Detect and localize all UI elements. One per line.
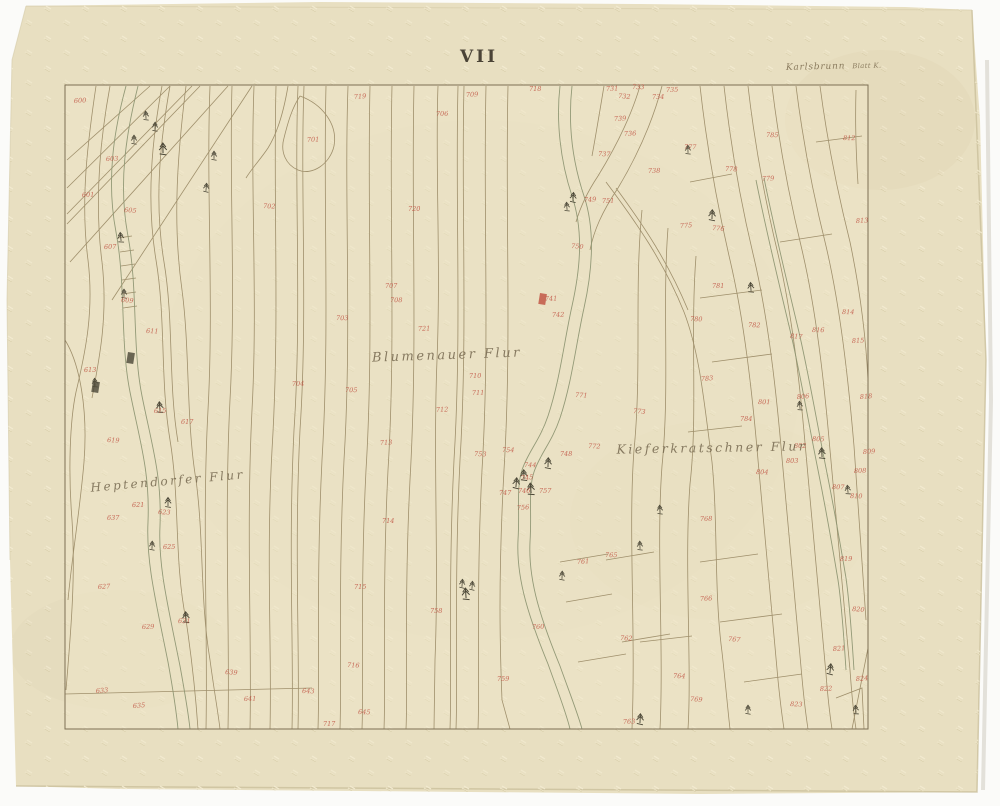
parcel-number: 782 <box>748 321 761 329</box>
parcel-number: 637 <box>107 514 120 522</box>
parcel-number: 733 <box>632 83 645 91</box>
parcel-number: 778 <box>725 165 738 173</box>
parcel-number: 715 <box>354 583 366 591</box>
parcel-number: 607 <box>104 243 117 251</box>
parcel-number: 705 <box>345 386 358 394</box>
parcel-number: 631 <box>178 617 191 625</box>
parcel-number: 820 <box>852 605 865 614</box>
parcel-number: 613 <box>84 366 97 374</box>
parcel-number: 701 <box>307 135 320 144</box>
parcel-number: 768 <box>700 515 713 523</box>
parcel-number: 746 <box>518 487 530 495</box>
parcel-number: 754 <box>502 446 515 454</box>
parcel-number: 745 <box>521 473 534 482</box>
parcel-number: 783 <box>701 374 714 383</box>
parcel-number: 764 <box>673 672 686 680</box>
parcel-number: 823 <box>790 700 803 709</box>
parcel-number: 812 <box>843 134 856 142</box>
parcel-number: 643 <box>302 687 315 695</box>
parcel-number: 753 <box>474 450 487 458</box>
parcel-number: 821 <box>833 644 846 653</box>
parcel-number: 735 <box>666 86 679 94</box>
parcel-number: 714 <box>382 517 394 525</box>
scanned-map-page: 6006016036056076096116136156176196216236… <box>0 0 1000 806</box>
parcel-number: 813 <box>856 216 869 225</box>
parcel-number: 761 <box>577 557 590 566</box>
parcel-number: 712 <box>436 405 449 414</box>
parcel-number: 751 <box>602 197 615 205</box>
parcel-number: 732 <box>618 92 631 101</box>
parcel-number: 817 <box>790 332 804 341</box>
map-title-note: Blatt K. <box>851 61 881 70</box>
parcel-number: 748 <box>560 450 573 458</box>
parcel-number: 808 <box>854 467 867 475</box>
parcel-number: 706 <box>436 110 449 118</box>
parcel-number: 760 <box>532 623 545 631</box>
parcel-number: 765 <box>605 551 618 559</box>
parcel-number: 711 <box>472 389 485 397</box>
parcel-number: 717 <box>323 720 336 728</box>
parcel-number: 615 <box>154 407 167 415</box>
parcel-number: 784 <box>740 415 752 423</box>
parcel-number: 805 <box>812 435 825 443</box>
parcel-number: 785 <box>766 131 779 139</box>
parcel-number: 777 <box>684 143 697 151</box>
parcel-number: 771 <box>575 391 588 400</box>
parcel-number: 781 <box>712 282 725 290</box>
parcel-number: 824 <box>856 674 869 683</box>
parcel-number: 801 <box>758 398 771 406</box>
map-canvas: 6006016036056076096116136156176196216236… <box>0 0 1000 806</box>
parcel-number: 739 <box>614 114 627 123</box>
parcel-number: 809 <box>863 447 876 456</box>
parcel-number: 779 <box>762 174 775 183</box>
parcel-number: 780 <box>690 315 703 323</box>
parcel-number: 719 <box>354 92 367 101</box>
parcel-number: 702 <box>263 202 276 211</box>
parcel-number: 750 <box>571 242 584 251</box>
parcel-number: 720 <box>408 205 420 213</box>
parcel-number: 600 <box>74 96 87 105</box>
parcel-number: 721 <box>418 324 431 333</box>
parcel-number: 709 <box>466 90 479 99</box>
parcel-number: 762 <box>620 634 633 643</box>
parcel-number: 738 <box>648 167 661 175</box>
parcel-number: 767 <box>728 635 742 644</box>
map-interior <box>65 85 868 729</box>
parcel-number: 641 <box>244 695 257 703</box>
parcel-number: 819 <box>840 555 853 563</box>
parcel-number: 803 <box>786 457 798 465</box>
parcel-number: 639 <box>225 668 238 677</box>
parcel-number: 609 <box>121 296 134 305</box>
parcel-number: 621 <box>132 501 145 509</box>
parcel-number: 759 <box>497 675 510 683</box>
sheet-number: VII <box>459 47 498 67</box>
parcel-number: 756 <box>517 503 530 512</box>
parcel-number: 603 <box>106 155 119 163</box>
parcel-number: 707 <box>385 282 398 290</box>
parcel-number: 741 <box>545 294 558 303</box>
parcel-number: 807 <box>832 483 846 491</box>
parcel-number: 601 <box>82 191 95 199</box>
parcel-number: 810 <box>850 492 863 500</box>
parcel-number: 775 <box>680 221 693 230</box>
parcel-number: 619 <box>107 436 120 445</box>
parcel-number: 815 <box>852 336 865 345</box>
parcel-number: 605 <box>124 206 137 215</box>
parcel-number: 757 <box>539 487 552 495</box>
parcel-number: 731 <box>606 84 619 93</box>
parcel-number: 747 <box>499 489 512 497</box>
parcel-number: 758 <box>430 607 442 615</box>
parcel-number: 704 <box>292 380 305 388</box>
map-title-name: Karlsbrunn <box>785 61 846 73</box>
parcel-number: 623 <box>158 508 171 517</box>
parcel-number: 773 <box>633 407 646 416</box>
parcel-number: 718 <box>529 85 541 93</box>
parcel-number: 769 <box>690 695 703 704</box>
parcel-number: 776 <box>712 224 725 233</box>
parcel-number: 822 <box>820 684 833 693</box>
parcel-number: 818 <box>860 392 873 401</box>
parcel-number: 806 <box>797 392 810 401</box>
parcel-number: 814 <box>842 308 855 316</box>
parcel-number: 737 <box>598 150 612 158</box>
parcel-number: 633 <box>96 686 109 695</box>
parcel-number: 766 <box>700 594 713 603</box>
parcel-number: 703 <box>336 314 349 322</box>
parcel-number: 816 <box>812 326 825 334</box>
parcel-number: 629 <box>142 623 155 631</box>
parcel-number: 804 <box>756 468 769 476</box>
parcel-number: 713 <box>380 438 393 447</box>
parcel-number: 710 <box>469 372 482 380</box>
parcel-number: 708 <box>390 296 403 304</box>
parcel-number: 736 <box>624 129 637 138</box>
parcel-number: 635 <box>133 701 146 710</box>
parcel-number: 716 <box>347 661 360 670</box>
parcel-number: 763 <box>623 717 636 726</box>
parcel-number: 734 <box>652 93 665 101</box>
parcel-number: 645 <box>358 708 371 716</box>
parcel-number: 617 <box>181 418 194 426</box>
parcel-number: 611 <box>146 327 159 335</box>
parcel-number: 625 <box>163 543 176 551</box>
parcel-number: 744 <box>524 461 537 469</box>
parcel-number: 742 <box>552 311 565 319</box>
parcel-number: 627 <box>98 582 112 591</box>
parcel-number: 749 <box>584 195 597 204</box>
parcel-number: 772 <box>588 442 601 451</box>
